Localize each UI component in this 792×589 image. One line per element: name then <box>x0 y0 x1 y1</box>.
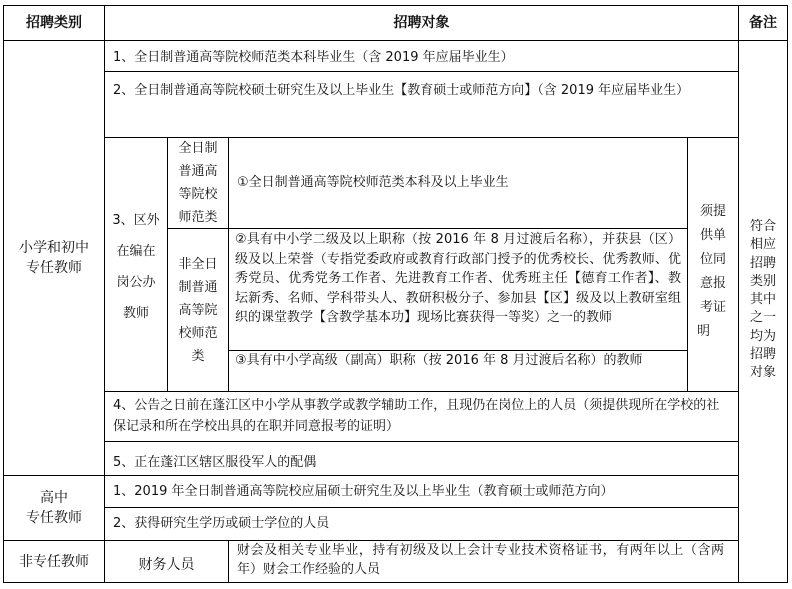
target-item-3-note: 须提 供单 位同 意报 考证 明 <box>688 200 738 330</box>
target-item-4: 4、公告之日前在蓬江区中小学从事教学或教学辅助工作，且现仍在岗位上的人员（须提供… <box>105 392 738 441</box>
hs-target-item-1: 1、2019 年全日制普通高等院校应届硕士研究生及以上毕业生（教育硕士或师范方向… <box>105 476 738 507</box>
category-primary-junior: 小学和初中 专任教师 <box>4 41 104 475</box>
header-category: 招聘类别 <box>4 6 104 40</box>
subgroup-type-fulltime: 全日制 普通高 等院校 师范类 <box>168 138 228 228</box>
target-item-5: 5、正在蓬江区辖区服役军人的配偶 <box>105 442 738 475</box>
condition-3: ③具有中小学高级（副高）职称（按 2016 年 8 月过渡后名称）的教师 <box>229 351 687 391</box>
category-non-teaching: 非专任教师 <box>4 541 104 582</box>
remarks-text: 符合 相应 招聘 类别 其中 之一 均为 招聘 对象 <box>739 218 787 408</box>
border-right <box>787 5 788 583</box>
finance-requirement: 财会及相关专业毕业，持有初级及以上会计专业技术资格证书，有两年以上（含两年）财会… <box>229 541 738 582</box>
target-item-2: 2、全日制普通高等院校硕士研究生及以上毕业生【教育硕士或师范方向】（含 2019… <box>105 72 738 137</box>
target-item-1: 1、全日制普通高等院校师范类本科毕业生（含 2019 年应届毕业生） <box>105 41 738 71</box>
position-finance: 财务人员 <box>105 548 228 582</box>
condition-2: ②具有中小学二级及以上职称（按 2016 年 8 月过渡后名称），并获县（区）级… <box>229 229 687 350</box>
header-target: 招聘对象 <box>105 6 738 40</box>
border-bottom <box>3 582 788 583</box>
subgroup-type-nonfulltime: 非全日 制普通 高等院 校师范 类 <box>168 229 228 391</box>
condition-1: ①全日制普通高等院校师范类本科及以上毕业生 <box>229 138 687 228</box>
target-item-3-label: 3、区外 在编在 岗公办 教师 <box>105 205 167 325</box>
header-remarks: 备注 <box>739 6 787 40</box>
category-high-school: 高中 专任教师 <box>4 476 104 540</box>
hs-target-item-2: 2、获得研究生学历或硕士学位的人员 <box>105 508 738 540</box>
